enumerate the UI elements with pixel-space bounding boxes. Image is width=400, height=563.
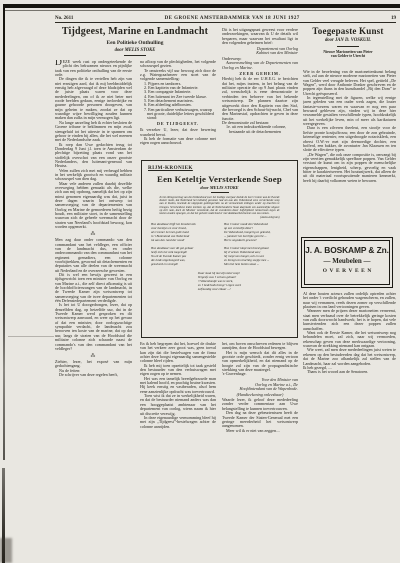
- paragraph: Hierbij heb ik de eer U.H.E.G. te berich…: [222, 77, 298, 120]
- column-1: DEZE week rust op ondergeteekende de pli…: [55, 60, 132, 472]
- paragraph: De schrijver van deze regelen heeft,: [55, 373, 132, 377]
- article-right-caption: Nieuwe Marionetten van Pieter van Gelder…: [300, 50, 396, 59]
- paragraph: Thans is het woord aan de Senatoren.: [303, 370, 396, 374]
- paragraph: ⁂: [55, 354, 132, 358]
- paragraph: En ik heb begrepen dat het, hoewel de dr…: [140, 342, 216, 364]
- paragraph: Aaneensmelting van de Departementen van …: [222, 61, 298, 70]
- paragraph: In tegenstelling met de figuren, welke w…: [303, 96, 396, 126]
- issue-number: No. 2611: [55, 16, 73, 21]
- paragraph: Dit is wel een bewijs geweest in een tij…: [55, 273, 132, 303]
- paragraph: Wie in de beoefening van de marionettenk…: [303, 70, 396, 96]
- advertised-product: — Meubelen —: [305, 257, 390, 265]
- poem-intro: In het zittingsverslag van den Volkenbon…: [160, 196, 280, 216]
- paragraph: De dingen die ik te vertellen heb zijn v…: [55, 77, 132, 120]
- paragraph: Wie weet, zal men deze mededeelingen jui…: [303, 348, 396, 365]
- paragraph: DE TIJDGEEST.: [140, 122, 216, 126]
- poem-title: Een Keteltje Versterkende Soep: [148, 174, 291, 184]
- scan-border-top-thin: [3, 10, 400, 11]
- page-number: 19: [391, 16, 396, 21]
- advertiser-city: OVERVEEN: [305, 268, 390, 274]
- paragraph: Maar vele anderen zullen daarbij dezelfd…: [55, 182, 132, 230]
- scan-pencil-mark: [8, 336, 54, 337]
- paragraph: Men zag daar onder commando van den comm…: [55, 238, 132, 273]
- paragraph: Is het tot U doorgedrongen, lezer, dat o…: [55, 303, 132, 351]
- column-3-bottom: het, om boven omschreven redenen te blij…: [222, 342, 298, 464]
- poem-columns: Hoe dankbaar blijft het broedervolk voor…: [148, 222, 291, 270]
- paragraph: Departement van Oorlog Kabinet van den M…: [222, 47, 298, 56]
- poem-intro-attribution: (Aneta-telegram): [160, 216, 280, 219]
- paragraph: Ik heb mij toen opzettelijk tot taak ges…: [140, 364, 216, 377]
- poem-byline-rule: [211, 192, 229, 193]
- column-2-bottom: En ik heb begrepen dat het, hoewel de dr…: [140, 342, 216, 464]
- article-left-subtitle: Een Politieke Onthulling: [55, 40, 215, 46]
- paragraph: Hoe Cramer klopt met breed gebaar bij d'…: [224, 246, 288, 266]
- paragraph: Hoe dankbaar voor dit gul gebaar heeft z…: [151, 246, 215, 266]
- paragraph: Na lange aarzeling heb ik echter beslote…: [55, 121, 132, 143]
- paragraph: Het was een tamelijk breedgebouwde man m…: [140, 377, 216, 394]
- paragraph: Het is mijn wensch dat dit alles in de g…: [222, 351, 298, 373]
- article-left-header: Tijdgeest, Marine en Landmacht Een Polit…: [55, 26, 215, 56]
- paragraph: In deze eigenaardige vermomming bleef hi…: [140, 416, 216, 429]
- masthead: No. 2611 DE GROENE AMSTERDAMMER VAN 18 J…: [55, 12, 396, 23]
- advertisement-inner-border: J. A. BOSKAMP & Zn. — Meubelen — OVERVEE…: [304, 240, 391, 286]
- poem-final-stanza-wrap: Daar staat hij met zijn ketel soep! Verg…: [148, 271, 291, 291]
- paragraph: Toen wist ik dat ze in werkelijkheid war…: [140, 394, 216, 416]
- rijm-kroniek-box: RIJM-KRONIEK Een Keteltje Versterkende S…: [141, 160, 298, 338]
- paragraph: DEZE week rust op ondergeteekende de pli…: [55, 60, 132, 77]
- paragraph: Al deze houten acteurs zullen ordelijk o…: [303, 292, 396, 309]
- poem-column-left: Hoe dankbaar blijft het broedervolk voor…: [151, 222, 215, 270]
- paragraph: „De Wagen”, die ook onze compositie is, …: [303, 153, 396, 183]
- scan-smudge: [0, 538, 12, 563]
- paragraph: Wanneer men de prijzen dezer marionetten…: [303, 309, 396, 331]
- newspaper-page-scan: { "masthead": { "issue_no": "No. 2611", …: [0, 0, 400, 563]
- column-4-bottom: Al deze houten acteurs zullen ordelijk o…: [303, 292, 396, 464]
- article-right-title: Toegepaste Kunst: [300, 26, 396, 36]
- column-3-top: Dit is het uitgangspunt geweest voor ver…: [222, 28, 298, 158]
- byline-rule: [124, 55, 146, 56]
- paragraph: Hoe Cramer noodt den Volkenbond op een v…: [224, 222, 288, 242]
- byline-rule: [337, 46, 359, 47]
- paragraph: ⁂: [55, 232, 132, 236]
- paragraph: Ik roep dan Uwe gedachten terug tot Dond…: [55, 143, 132, 169]
- paragraph: Dit is het uitgangspunt geweest voor ver…: [222, 28, 298, 45]
- paragraph: ZEER GEHEIM.: [222, 72, 298, 76]
- paragraph: Voor den Minister van Oorlog en Marine a…: [222, 378, 298, 391]
- paragraph: 's-Gravenhage.: [222, 372, 298, 376]
- advertiser-name: J. A. BOSKAMP & Zn.: [305, 245, 390, 255]
- poem-column-right: Hoe Cramer noodt den Volkenbond op een v…: [224, 222, 288, 270]
- article-right-byline: door JAN D. VOSKUIL: [300, 38, 396, 43]
- paragraph: Den dag na deze gebeurtenissen heeft de …: [222, 411, 298, 428]
- column-4-top: Wie in de beoefening van de marionettenk…: [303, 70, 396, 235]
- paragraph: 7. Een particuliere verhuiswagen, waarop…: [140, 108, 216, 121]
- paragraph: Meer wil ik er niet van zeggen....: [222, 429, 298, 433]
- advertisement-boskamp: J. A. BOSKAMP & Zn. — Meubelen — OVERVEE…: [301, 237, 393, 288]
- newspaper-title: DE GROENE AMSTERDAMMER VAN 18 JUNI 1927: [165, 16, 300, 21]
- poem-byline: door MELIS STOKE: [148, 185, 291, 190]
- column-2-top: na afloop van de plechtigheden, het volg…: [140, 60, 216, 158]
- article-left-byline: door MELIS STOKE: [55, 48, 215, 53]
- scan-border-top: [3, 4, 400, 8]
- paragraph: Hoe dankbaar blijft het broedervolk voor…: [151, 222, 215, 242]
- article-right-header: Toegepaste Kunst door JAN D. VOSKUIL Nie…: [300, 26, 396, 58]
- paragraph: Want ook de Eerste Kamer, die het wetson…: [303, 331, 396, 348]
- scan-border-left: [3, 8, 5, 460]
- article-left-title: Tijdgeest, Marine en Landmacht: [55, 26, 215, 37]
- paragraph: Velen zullen zich met mij verheugd hebbe…: [55, 169, 132, 182]
- paragraph: Ik heb de formatie van deze colonne met …: [140, 137, 216, 146]
- paragraph: Te omstreeks vijf uur bewoog zich door d…: [140, 69, 216, 82]
- paragraph: Daar is een zilveren theeleut, een stoof…: [303, 126, 396, 152]
- poem-final-stanza: Daar staat hij met zijn ketel soep! Verg…: [198, 271, 241, 291]
- paragraph: 1e. uit een indrukwekkende colonne, best…: [222, 125, 298, 134]
- rijm-kroniek-label: RIJM-KRONIEK: [148, 165, 291, 171]
